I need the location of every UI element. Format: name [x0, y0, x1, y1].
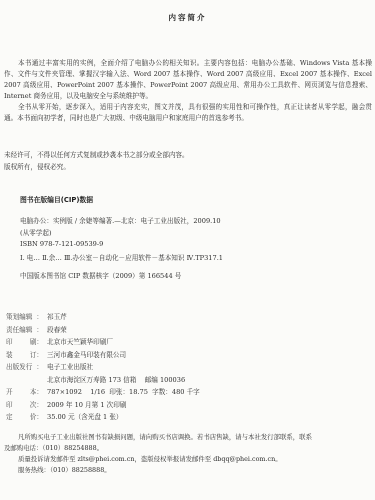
- credit-value: 祁玉芹: [47, 311, 67, 324]
- isbn: ISBN 978-7-121-09539-9: [20, 239, 221, 251]
- cip-heading: 图书在版编目(CIP)数据: [20, 197, 93, 204]
- notice-paragraph: 凡所购买电子工业出版社图书有缺损问题，请向购买书店调换。若书店售缺，请与本社发行…: [4, 432, 372, 443]
- credit-row: 印次：2009 年 10 月第 1 次印刷: [6, 399, 200, 412]
- credit-label: 装: [6, 349, 13, 362]
- cip-number: 中国版本图书馆 CIP 数据核字（2009）第 166544 号: [20, 273, 181, 280]
- credits-list: 策划编辑：祁玉芹 责任编辑：段春荣 印刷：北京市天竺颖华印刷厂 装订：三河市鑫金…: [6, 311, 200, 424]
- classification: Ⅰ. 电… Ⅱ.余… Ⅲ.办公室－自动化－应用软件－基本知识 Ⅳ.TP317.1: [20, 255, 223, 262]
- credit-label: 开: [6, 386, 13, 399]
- credit-value: 35.00 元（含光盘 1 张）: [47, 411, 123, 424]
- credit-label: 策划编辑: [6, 311, 32, 324]
- credit-row: 印刷：北京市天竺颖华印刷厂: [6, 336, 200, 349]
- credit-value: 三河市鑫金马印装有限公司: [47, 349, 126, 362]
- intro-paragraph: 本书通过丰富实用的实例，全面介绍了电脑办公的相关知识。主要内容包括：电脑办公基础…: [4, 58, 372, 102]
- cip-data: 电脑办公：实例版 / 余婕等编著.—北京：电子工业出版社，2009.10 (从零…: [20, 216, 221, 251]
- credit-label: 印: [6, 399, 13, 412]
- credit-row: 定价：35.00 元（含光盘 1 张）: [6, 411, 200, 424]
- credit-label: 定: [6, 411, 13, 424]
- copyright-notice: 未经许可，不得以任何方式复制或抄袭本书之部分或全部内容。 版权所有，侵权必究。: [4, 149, 189, 173]
- credit-row: 开本：787×1092 1/16 印张：18.75 字数：480 千字: [6, 386, 200, 399]
- credit-row: 策划编辑：祁玉芹: [6, 311, 200, 324]
- credit-row: 装订：三河市鑫金马印装有限公司: [6, 349, 200, 362]
- cip-series: (从零学起): [20, 228, 221, 240]
- credit-value: 段春荣: [47, 324, 67, 337]
- copyright-line: 未经许可，不得以任何方式复制或抄袭本书之部分或全部内容。: [4, 149, 189, 161]
- credit-row: 北京市海淀区万寿路 173 信箱 邮编 100036: [6, 374, 200, 387]
- credit-value: 北京市天竺颖华印刷厂: [47, 336, 113, 349]
- intro-paragraph: 全书从零开始，逐步深入，适用于内容充实，图文并茂，具有很强的实用性和可操作性，真…: [4, 102, 372, 124]
- credit-label: 印: [6, 336, 13, 349]
- credit-value: 2009 年 10 月第 1 次印刷: [47, 399, 126, 412]
- copyright-page: 内容简介 本书通过丰富实用的实例，全面介绍了电脑办公的相关知识。主要内容包括：电…: [0, 0, 375, 500]
- complaint-email: 质量投诉请发邮件至 zlts@phei.com.cn，盗版侵权举报请发邮件至 d…: [4, 454, 372, 465]
- credit-value: 电子工业出版社: [47, 361, 93, 374]
- page-title: 内容简介: [0, 14, 375, 22]
- notice-continuation: 及邮购电话：（010）88254888。: [4, 443, 372, 454]
- purchase-notice: 凡所购买电子工业出版社图书有缺损问题，请向购买书店调换。若书店售缺，请与本社发行…: [4, 432, 372, 476]
- intro-section: 本书通过丰富实用的实例，全面介绍了电脑办公的相关知识。主要内容包括：电脑办公基础…: [4, 58, 372, 124]
- service-hotline: 服务热线：（010）88258888。: [4, 465, 372, 476]
- credit-row: 责任编辑：段春荣: [6, 324, 200, 337]
- credit-row: 出版发行：电子工业出版社: [6, 361, 200, 374]
- cip-line: 电脑办公：实例版 / 余婕等编著.—北京：电子工业出版社，2009.10: [20, 216, 221, 228]
- copyright-line: 版权所有，侵权必究。: [4, 161, 189, 173]
- credit-value: 北京市海淀区万寿路 173 信箱 邮编 100036: [47, 374, 185, 387]
- credit-value: 787×1092 1/16 印张：18.75 字数：480 千字: [47, 386, 200, 399]
- credit-label: 责任编辑: [6, 324, 32, 337]
- credit-label: 出版发行: [6, 361, 32, 374]
